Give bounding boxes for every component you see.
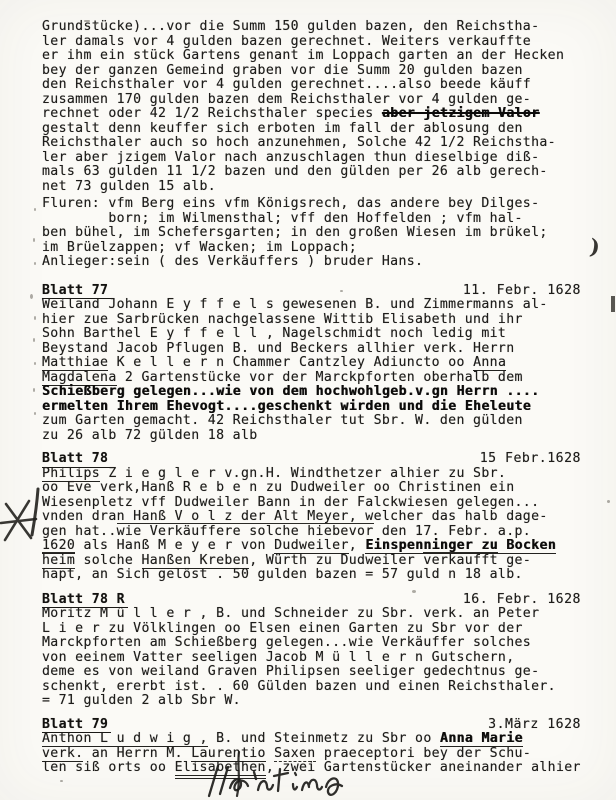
text-line: bey der ganzen Gemeind graben vor die Su… (42, 64, 581, 79)
text-line: verk. an Herrn M. Laurentio Saxen praece… (42, 747, 581, 762)
text-line: Marckpforten am Schießberg gelegen...wie… (42, 636, 581, 651)
text-line: net 73 gulden 15 alb. (42, 180, 581, 195)
document-text: Grundstücke)...vor die Summ 150 gulden b… (42, 20, 581, 776)
paragraph-block: Grundstücke)...vor die Summ 150 gulden b… (42, 20, 581, 194)
text-segment: den Reichsthaler vor 4 gulden gerechnet.… (42, 77, 531, 92)
text-line: heim solche Hanßen Kreben, Würth zu Dudw… (42, 554, 581, 569)
text-segment: vnden dran Hanß V o l z der Alt Meyer, w… (42, 509, 548, 524)
text-segment: solche (75, 553, 141, 568)
text-line: Magdalena 2 Gartenstücke vor der Marckpf… (42, 371, 581, 386)
text-segment: Beystand Jacob Pflugen B. und Beckers al… (42, 341, 515, 356)
ink-speck (340, 290, 343, 292)
text-segment: ben bühel, im Schefersgarten; in den gro… (42, 225, 548, 240)
text-segment: den 17. Febr. a.p. (374, 524, 532, 539)
text-line: ler aber jzigem Valor nach anzuschlagen … (42, 151, 581, 166)
ink-speck (34, 362, 36, 365)
text-segment: bey der ganzen Gemeind graben vor die Su… (42, 63, 523, 78)
text-segment: Z i e g l e r v.gn.H. Windthetzer alhier… (100, 466, 506, 481)
text-line: Weiland Johann E y f f e l s gewesenen B… (42, 298, 581, 313)
text-segment: hier zue Sarbrücken nachgelassene Wittib… (42, 312, 523, 327)
text-segment: praeceptori bey der Schu- (316, 746, 532, 761)
text-segment: ermelten Ihrem Ehevogt....geschenkt wird… (42, 399, 531, 414)
ink-speck (84, 20, 90, 22)
paragraph-block: Fluren: vfm Berg eins vfm Königsrech, da… (42, 197, 581, 270)
text-line: deme es von weiland Graven Philipsen see… (42, 665, 581, 680)
text-line: Moritz M ü l l e r , B. und Schneider zu… (42, 607, 581, 622)
text-line: oo Eve verk,Hanß R e b e n zu Dudweiler … (42, 481, 581, 496)
text-segment: , (349, 538, 366, 553)
entry-date: 16. Febr. 1628 (463, 593, 581, 608)
text-line: Beystand Jacob Pflugen B. und Beckers al… (42, 342, 581, 357)
text-segment: L i e r zu Völklingen oo Elsen einen Gar… (42, 621, 523, 636)
text-line: Anthon L u d w i g , B. und Steinmetz zu… (42, 732, 581, 747)
text-segment: als Hanß M e y e r von (75, 538, 274, 553)
text-segment: von eeinem Vatter seeligen Jacob M ü l l… (42, 650, 515, 665)
text-line: zum Garten gemacht. 42 Reichsthaler tut … (42, 414, 581, 429)
text-line: er ihm ein stück Gartens genant im Loppa… (42, 49, 581, 64)
text-segment: zu 26 alb 72 gülden 18 alb (42, 428, 258, 443)
text-line: Grundstücke)...vor die Summ 150 gulden b… (42, 20, 581, 35)
text-segment: zum Garten gemacht. 42 Reichsthaler tut … (42, 413, 523, 428)
text-segment: 2 Gartenstücke vor der Marckpforten ober… (117, 370, 523, 385)
text-line: gen hat..wie Verkäuffere solche hiebevor… (42, 525, 581, 540)
text-line: rechnet oder 42 1/2 Reichsthaler species… (42, 107, 581, 122)
entry-heading: Blatt 78 R16. Febr. 1628 (42, 593, 581, 608)
text-line: schenkt, ererbt ist. . 60 Gülden bazen u… (42, 680, 581, 695)
ink-speck (34, 208, 36, 211)
ink-speck (607, 500, 610, 503)
text-segment (266, 746, 274, 761)
text-line: Fluren: vfm Berg eins vfm Königsrech, da… (42, 197, 581, 212)
text-line: 1620 als Hanß M e y e r von Dudweiler, E… (42, 539, 581, 554)
text-line: von eeinem Vatter seeligen Jacob M ü l l… (42, 651, 581, 666)
text-segment: Anlieger:sein ( des Verkäuffers ) bruder… (42, 254, 423, 269)
text-segment: gen hat.. (42, 524, 117, 539)
scan-edge-artifact (611, 296, 615, 312)
text-segment: hapt, an Sich gelöst . 50 gulden bazen =… (42, 567, 523, 582)
text-segment: , zwei Gartenstücker aneinander alhier (266, 760, 581, 775)
text-line: Anlieger:sein ( des Verkäuffers ) bruder… (42, 255, 581, 270)
text-line: len siß orts oo Elisabethen, zwei Garten… (42, 761, 581, 776)
ink-speck (412, 590, 416, 593)
scanned-document-page: Grundstücke)...vor die Summ 150 gulden b… (0, 0, 616, 800)
ink-speck (60, 780, 63, 782)
text-line: ermelten Ihrem Ehevogt....geschenkt wird… (42, 400, 581, 415)
text-segment: Elisabethen (175, 760, 266, 779)
text-line: zu 26 alb 72 gülden 18 alb (42, 429, 581, 444)
ink-speck (30, 294, 33, 299)
text-segment: mals 63 gulden 11 1/2 bazen und den güld… (42, 164, 548, 179)
text-line: born; im Wilmensthal; vff den Hoffelden … (42, 212, 581, 227)
ink-speck (33, 238, 35, 242)
entry-heading: Blatt 793.März 1628 (42, 718, 581, 733)
margin-stroke-annotation-icon (28, 486, 42, 538)
text-segment: net 73 gulden 15 alb. (42, 179, 216, 194)
text-segment: schenkt, ererbt ist. . 60 Gülden bazen u… (42, 679, 556, 694)
text-line: = 71 gulden 2 alb Sbr W. (42, 694, 581, 709)
text-line: im Brüelzappen; vf Wacken; im Loppach; (42, 241, 581, 256)
text-line: ben bühel, im Schefersgarten; in den gro… (42, 226, 581, 241)
entry-heading: Blatt 7815 Febr.1628 (42, 452, 581, 467)
text-segment: heim (42, 552, 75, 569)
text-segment: B. und Steinmetz zu Sbr oo (208, 731, 440, 746)
text-line: Matthiae K e l l e r n Chammer Cantzley … (42, 356, 581, 371)
text-segment: Sohn Barthel E y f f e l l , Nagelschmid… (42, 326, 506, 341)
text-segment: , Würth zu Dudweiler (249, 553, 423, 568)
text-line: zusammen 170 gulden bazen dem Reichsthal… (42, 93, 581, 108)
text-segment: oo Eve verk,Hanß R e b e n zu Dudweiler … (42, 480, 515, 495)
text-line: Reichsthaler auch so hoch anzunehmen, So… (42, 136, 581, 151)
entry-date: 3.März 1628 (488, 718, 581, 733)
text-segment: ler aber jzigem Valor nach anzuschlagen … (42, 150, 539, 165)
text-segment: Schießberg gelegen...wie von dem hochwoh… (42, 384, 539, 399)
entry-block: Blatt 793.März 1628Anthon L u d w i g , … (42, 718, 581, 776)
text-line: gestalt denn keuffer sich erboten im fal… (42, 122, 581, 137)
text-line: Schießberg gelegen...wie von dem hochwoh… (42, 385, 581, 400)
margin-star-annotation-icon (0, 492, 40, 546)
text-segment: = 71 gulden 2 alb Sbr W. (42, 693, 241, 708)
ink-speck (33, 388, 35, 392)
text-segment: Reichsthaler auch so hoch anzunehmen, So… (42, 135, 556, 150)
text-line: Philips Z i e g l e r v.gn.H. Windthetze… (42, 467, 581, 482)
entry-block: Blatt 7711. Febr. 1628Weiland Johann E y… (42, 284, 581, 444)
entry-date: 15 Febr.1628 (480, 452, 581, 467)
ink-speck (34, 262, 36, 265)
text-segment: K e l l e r n Chammer Cantzley Adiuncto … (108, 355, 473, 370)
text-segment: Marckpforten am Schießberg gelegen...wie… (42, 635, 531, 650)
ink-speck (34, 316, 36, 320)
text-segment: Grundstücke)...vor die Summ 150 gulden b… (42, 19, 539, 34)
text-segment: gestalt denn keuffer sich erboten im fal… (42, 121, 523, 136)
text-segment: ge- (498, 553, 531, 568)
text-segment: er ihm ein stück Gartens genant im Loppa… (42, 48, 564, 63)
entry-heading: Blatt 7711. Febr. 1628 (42, 284, 581, 299)
text-line: hapt, an Sich gelöst . 50 gulden bazen =… (42, 568, 581, 583)
entry-block: Blatt 7815 Febr.1628Philips Z i e g l e … (42, 452, 581, 583)
text-line: Wiesenpletz vff Dudweiler Bann in der Fa… (42, 496, 581, 511)
text-segment: aber-jetzigem-Valor (382, 106, 540, 121)
text-segment: Moritz M ü l l e r , B. und Schneider zu… (42, 606, 539, 621)
text-segment: Weiland Johann E y f f e l s gewesenen B… (42, 297, 548, 312)
text-segment: deme es von weiland Graven Philipsen see… (42, 664, 539, 679)
entry-block: Blatt 78 R16. Febr. 1628Moritz M ü l l e… (42, 593, 581, 709)
text-line: den Reichsthaler vor 4 gulden gerechnet.… (42, 78, 581, 93)
text-segment: len siß orts oo (42, 760, 175, 775)
text-segment: Matthiae (42, 355, 108, 371)
text-segment: ler damals vor 4 gulden bazen gerechnet.… (42, 34, 531, 49)
text-segment: rechnet oder 42 1/2 Reichsthaler species (42, 106, 382, 121)
ink-speck (34, 412, 36, 415)
text-segment: born; im Wilmensthal; vff den Hoffelden … (42, 211, 523, 226)
text-segment: im Brüelzappen; vf Wacken; im Loppach; (42, 240, 357, 255)
text-line: hier zue Sarbrücken nachgelassene Wittib… (42, 313, 581, 328)
text-segment: zusammen 170 gulden bazen dem Reichsthal… (42, 92, 531, 107)
text-segment: verkaufft (423, 552, 498, 568)
text-segment: wie Verkäuffere solche hiebevor (117, 523, 374, 539)
text-segment: Fluren: vfm Berg eins vfm Königsrech, da… (42, 196, 539, 211)
text-line: ler damals vor 4 gulden bazen gerechnet.… (42, 35, 581, 50)
text-segment: Wiesenpletz vff Dudweiler Bann in der Fa… (42, 495, 539, 510)
text-segment: an Herrn M. (83, 746, 191, 761)
right-paren-annotation-icon: ) (588, 233, 601, 259)
ink-speck (94, 23, 97, 25)
ink-speck (33, 338, 35, 342)
text-line: mals 63 gulden 11 1/2 bazen und den güld… (42, 165, 581, 180)
entry-date: 11. Febr. 1628 (463, 284, 581, 299)
text-line: Sohn Barthel E y f f e l l , Nagelschmid… (42, 327, 581, 342)
text-line: L i e r zu Völklingen oo Elsen einen Gar… (42, 622, 581, 637)
